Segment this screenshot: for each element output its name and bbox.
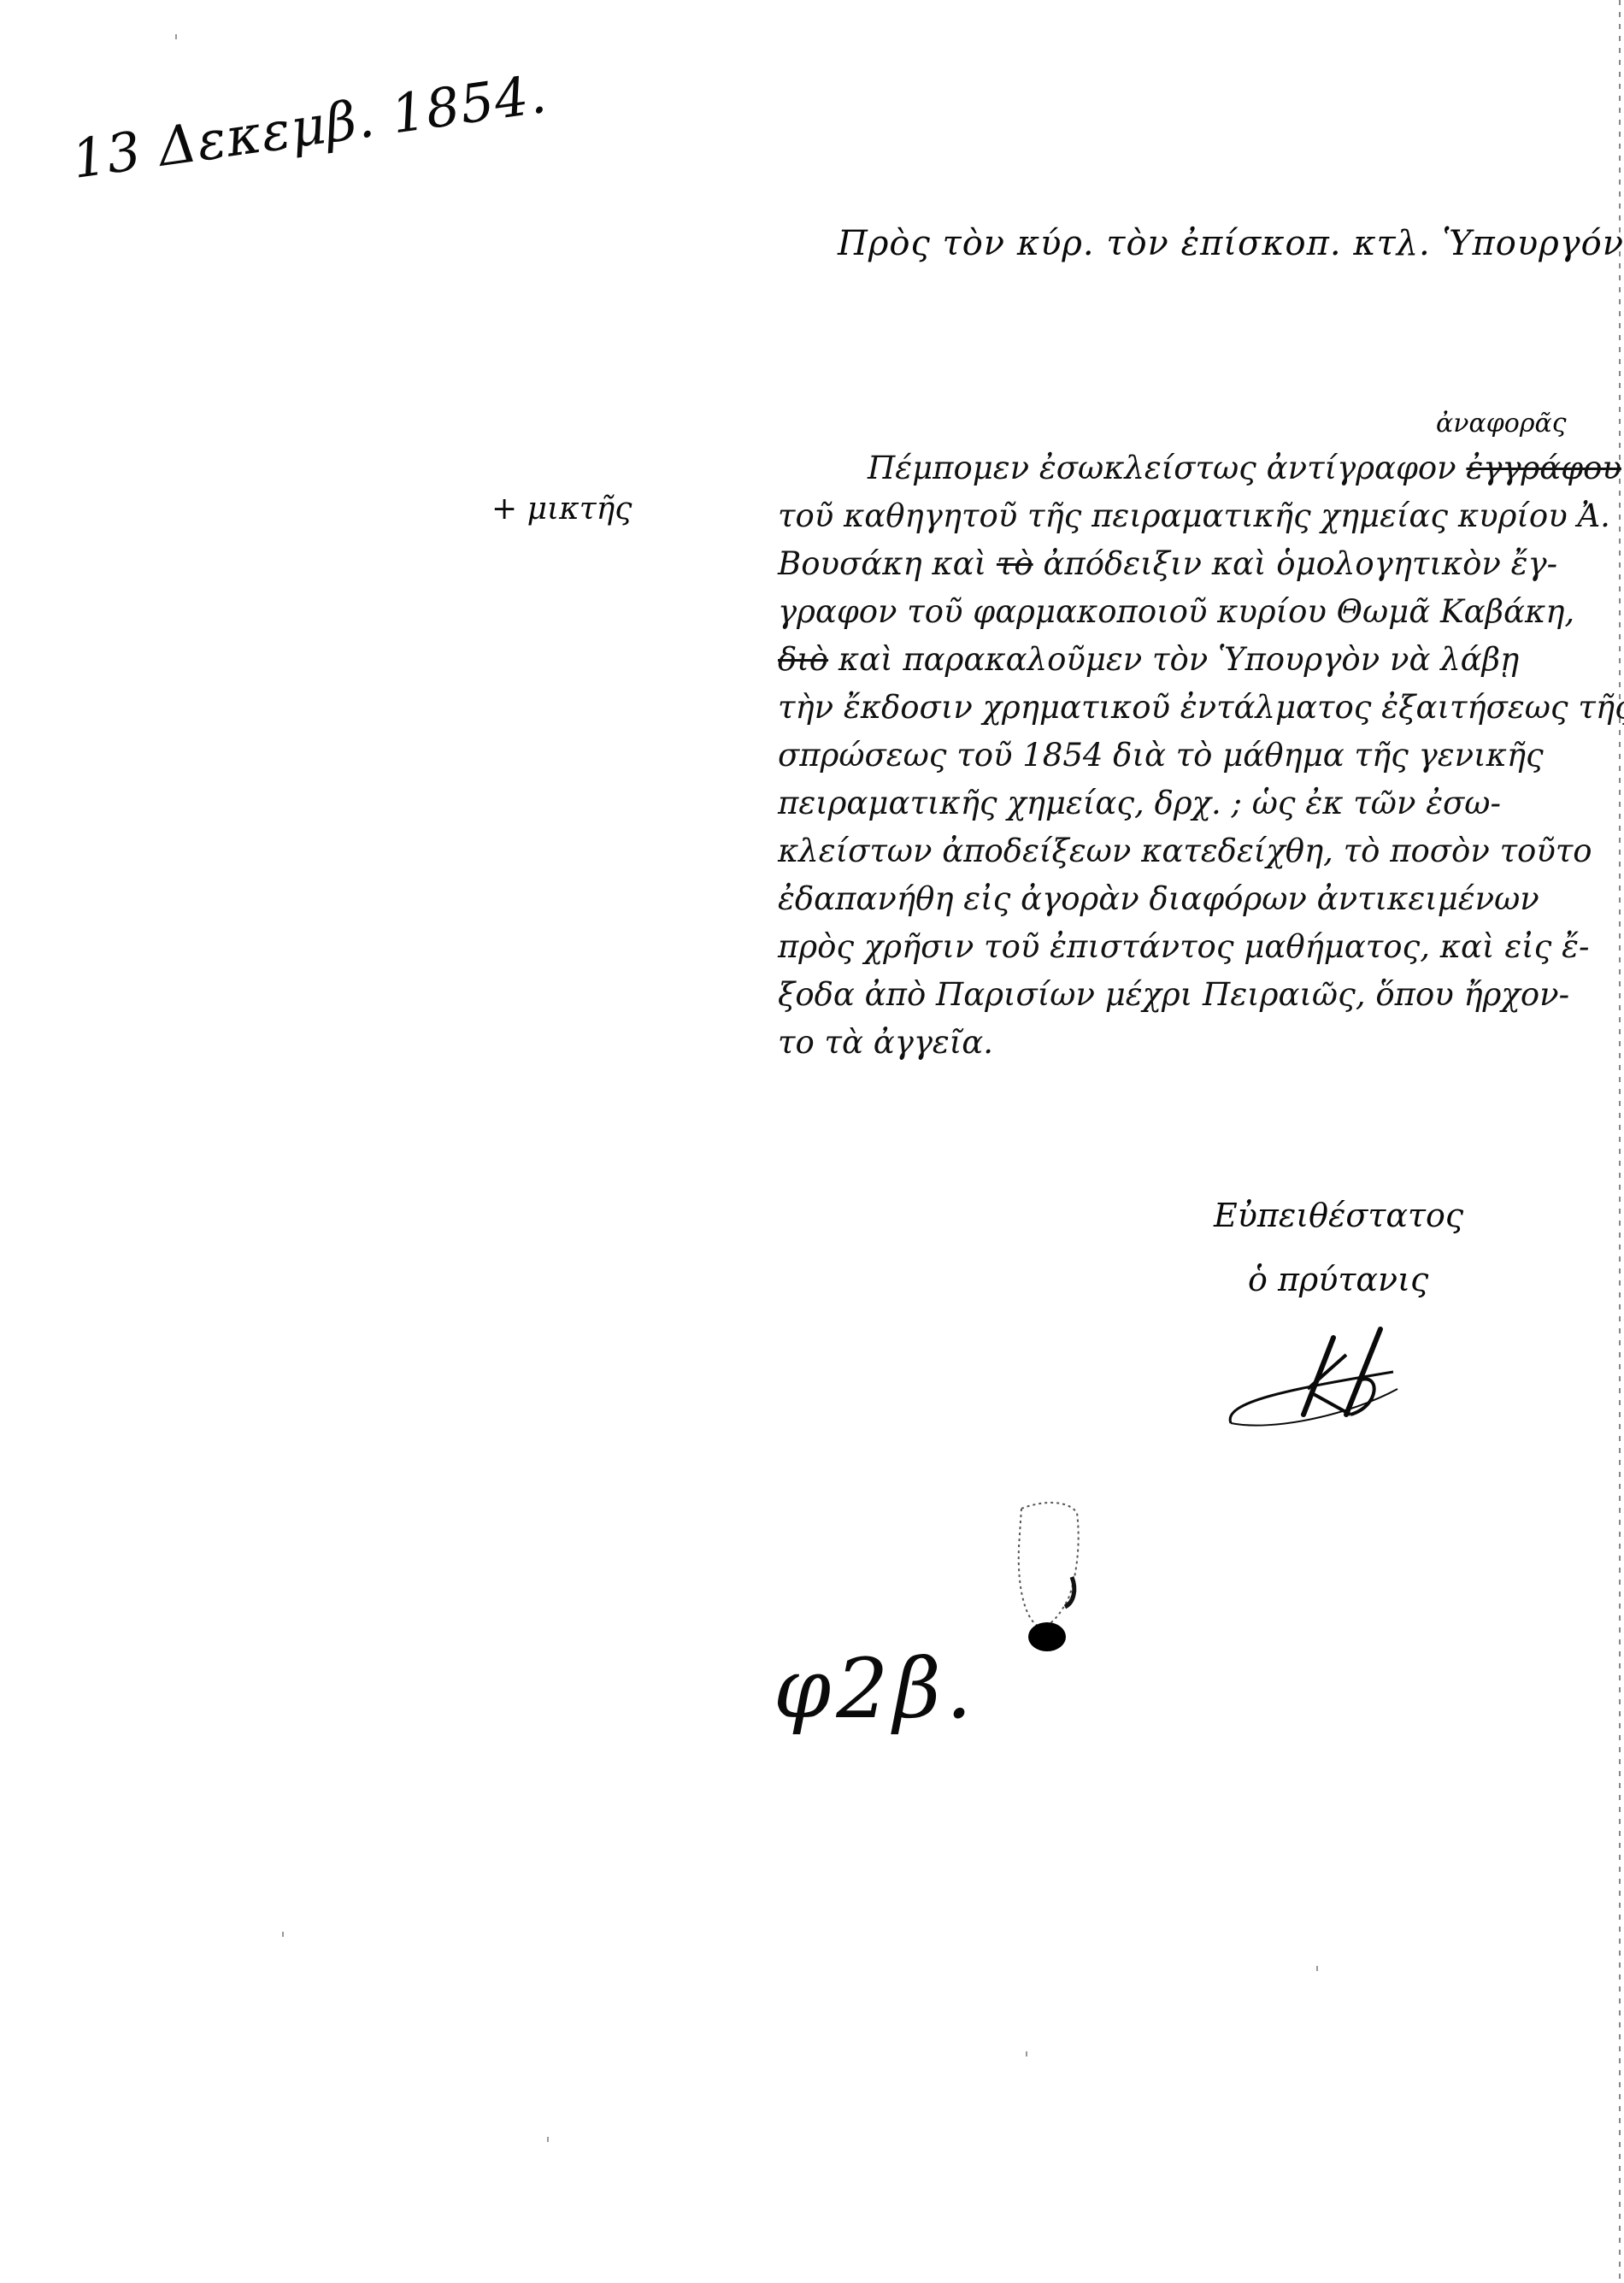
marginal-note: + μικτῆς (491, 491, 632, 527)
scan-speck (1026, 2051, 1027, 2056)
body-line: πειραματικῆς χημείας, δρχ. ; ὡς ἐκ τῶν ἐ… (778, 780, 1620, 827)
body-line: κλείστων ἀποδείξεων κατεδείχθη, τὸ ποσὸν… (778, 827, 1620, 875)
body-line: διὸ καὶ παρακαλοῦμεν τὸν Ὑπουργὸν νὰ λάβ… (778, 636, 1620, 684)
struck-word: ἐγγράφου (1466, 450, 1621, 486)
body-line: Βουσάκη καὶ τὸ ἀπόδειξιν καὶ ὁμολογητικὸ… (778, 540, 1620, 588)
body-line: τὴν ἔκδοσιν χρηματικοῦ ἐντάλματος ἐξαιτή… (778, 684, 1620, 732)
manuscript-page: 13 Δεκεμβ. 1854. Πρὸς τὸν κύρ. τὸν ἐπίσκ… (0, 0, 1624, 2283)
ink-stain-icon (1009, 1496, 1086, 1658)
interlinear-insertion: ἀναφορᾶς (1436, 409, 1567, 438)
letter-body: Πέμπομεν ἐσωκλείστως ἀντίγραφον ἐγγράφου… (778, 444, 1620, 1067)
document-date: 13 Δεκεμβ. 1854. (68, 62, 550, 191)
body-line: σπρώσεως τοῦ 1854 διὰ τὸ μάθημα τῆς γενι… (778, 732, 1620, 780)
body-line: ξοδα ἀπὸ Παρισίων μέχρι Πειραιῶς, ὅπου ἤ… (778, 971, 1620, 1019)
body-line: γραφον τοῦ φαρμακοποιοῦ κυρίου Θωμᾶ Καβά… (778, 588, 1620, 636)
body-line: ἐδαπανήθη εἰς ἀγορὰν διαφόρων ἀντικειμέν… (778, 875, 1620, 923)
scan-speck (1316, 1966, 1318, 1971)
body-line: Πέμπομεν ἐσωκλείστως ἀντίγραφον ἐγγράφου (778, 444, 1620, 492)
closing-salutation: Εὐπειθέστατος (1214, 1197, 1463, 1234)
scan-speck (282, 1932, 284, 1937)
scan-edge-border (1619, 0, 1621, 2283)
scan-speck (547, 2137, 549, 2142)
struck-word: τὸ (997, 545, 1033, 582)
closing-title: ὁ πρύτανις (1248, 1261, 1428, 1298)
signature-flourish-icon (1222, 1321, 1419, 1432)
body-line: πρὸς χρῆσιν τοῦ ἐπιστάντος μαθήματος, κα… (778, 923, 1620, 971)
archive-number: φ2β. (774, 1641, 977, 1737)
body-line: το τὰ ἀγγεῖα. (778, 1019, 1620, 1067)
scan-speck (175, 34, 177, 39)
body-line: τοῦ καθηγητοῦ τῆς πειραματικῆς χημείας κ… (778, 492, 1620, 540)
struck-word: διὸ (778, 641, 828, 678)
document-heading: Πρὸς τὸν κύρ. τὸν ἐπίσκοπ. κτλ. Ὑπουργόν… (838, 224, 1624, 263)
